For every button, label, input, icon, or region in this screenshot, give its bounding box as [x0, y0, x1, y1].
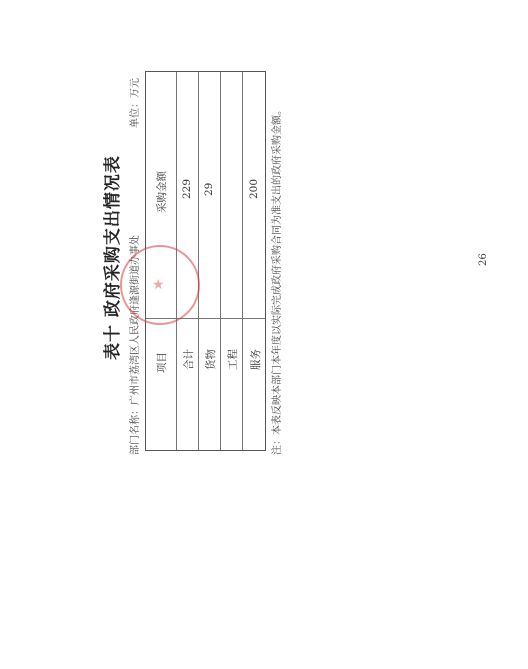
- row-divider: [242, 72, 243, 450]
- unit-label: 单位：万元: [126, 78, 141, 128]
- header-amount: 采购金额: [154, 171, 169, 213]
- row-amount: 29: [203, 183, 215, 196]
- document-title: 表十 政府采购支出情况表: [98, 155, 123, 360]
- row-divider: [220, 72, 221, 450]
- row-amount: 200: [248, 179, 260, 199]
- row-amount: 229: [181, 179, 193, 199]
- stamp-star-icon: ★: [152, 277, 165, 293]
- row-item: 服务: [248, 349, 263, 370]
- row-item: 合计: [181, 349, 196, 370]
- footnote: 注：本表反映本部门本年度以实际完成政府采购合同为准支出的政府采购金额。: [268, 105, 283, 455]
- row-item: 工程: [225, 349, 240, 370]
- header-item: 项目: [154, 352, 169, 373]
- row-item: 货物: [203, 349, 218, 370]
- row-divider: [198, 72, 199, 450]
- page-number: 26: [478, 253, 489, 266]
